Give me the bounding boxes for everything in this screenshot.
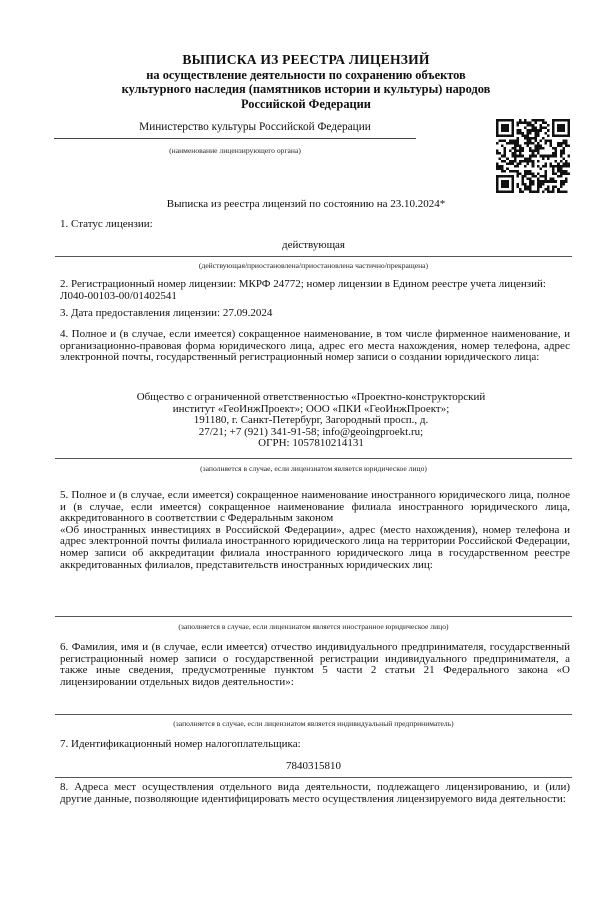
licensing-body-caption: (наименование лицензирующего органа) [54,146,416,155]
licensing-body-underline [54,138,416,139]
legal-entity-caption: (заполняется в случае, если лицензиатом … [55,464,572,473]
entrepreneur-label: 6. Фамилия, имя и (в случае, если имеетс… [60,642,570,688]
license-issue-date: 3. Дата предоставления лицензии: 27.09.2… [60,308,272,320]
foreign-entity-underline [55,616,572,617]
qr-code-icon [496,119,570,193]
status-underline [55,256,572,257]
document-title: ВЫПИСКА ИЗ РЕЕСТРА ЛИЦЕНЗИЙ на осуществл… [0,53,612,111]
entrepreneur-underline [55,714,572,715]
foreign-entity-label-part-2: «Об иностранных инвестициях в Российской… [60,525,570,571]
foreign-entity-caption: (заполняется в случае, если лицензиатом … [55,622,572,631]
title-line-1: ВЫПИСКА ИЗ РЕЕСТРА ЛИЦЕНЗИЙ [0,53,612,68]
entrepreneur-caption: (заполняется в случае, если лицензиатом … [55,719,572,728]
title-line-3: культурного наследия (памятников истории… [0,82,612,97]
activity-locations-label: 8. Адреса мест осуществления отдельного … [60,782,570,805]
license-status-value: действующая [55,240,572,252]
registration-number: 2. Регистрационный номер лицензии: МКРФ … [60,279,558,302]
foreign-entity-label: 5. Полное и (в случае, если имеется) сок… [60,490,570,571]
title-line-4: Российской Федерации [0,97,612,112]
title-line-2: на осуществление деятельности по сохране… [0,68,612,83]
legal-entity-value: Общество с ограниченной ответственностью… [110,392,512,450]
license-status-label: 1. Статус лицензии: [60,219,153,231]
licensing-body: Министерство культуры Российской Федерац… [95,121,415,133]
legal-entity-line-1: Общество с ограниченной ответственностью… [110,392,512,404]
extract-statement: Выписка из реестра лицензий по состоянию… [0,199,612,211]
legal-entity-line-5: ОГРН: 1057810214131 [110,438,512,450]
legal-entity-label: 4. Полное и (в случае, если имеется) сок… [60,329,570,364]
foreign-entity-label-part-1: 5. Полное и (в случае, если имеется) сок… [60,490,570,525]
legal-entity-underline [55,458,572,459]
inn-label: 7. Идентификационный номер налогоплатель… [60,739,301,751]
inn-value: 7840315810 [55,761,572,773]
status-caption: (действующая/приостановлена/приостановле… [55,261,572,270]
inn-underline [55,777,572,778]
